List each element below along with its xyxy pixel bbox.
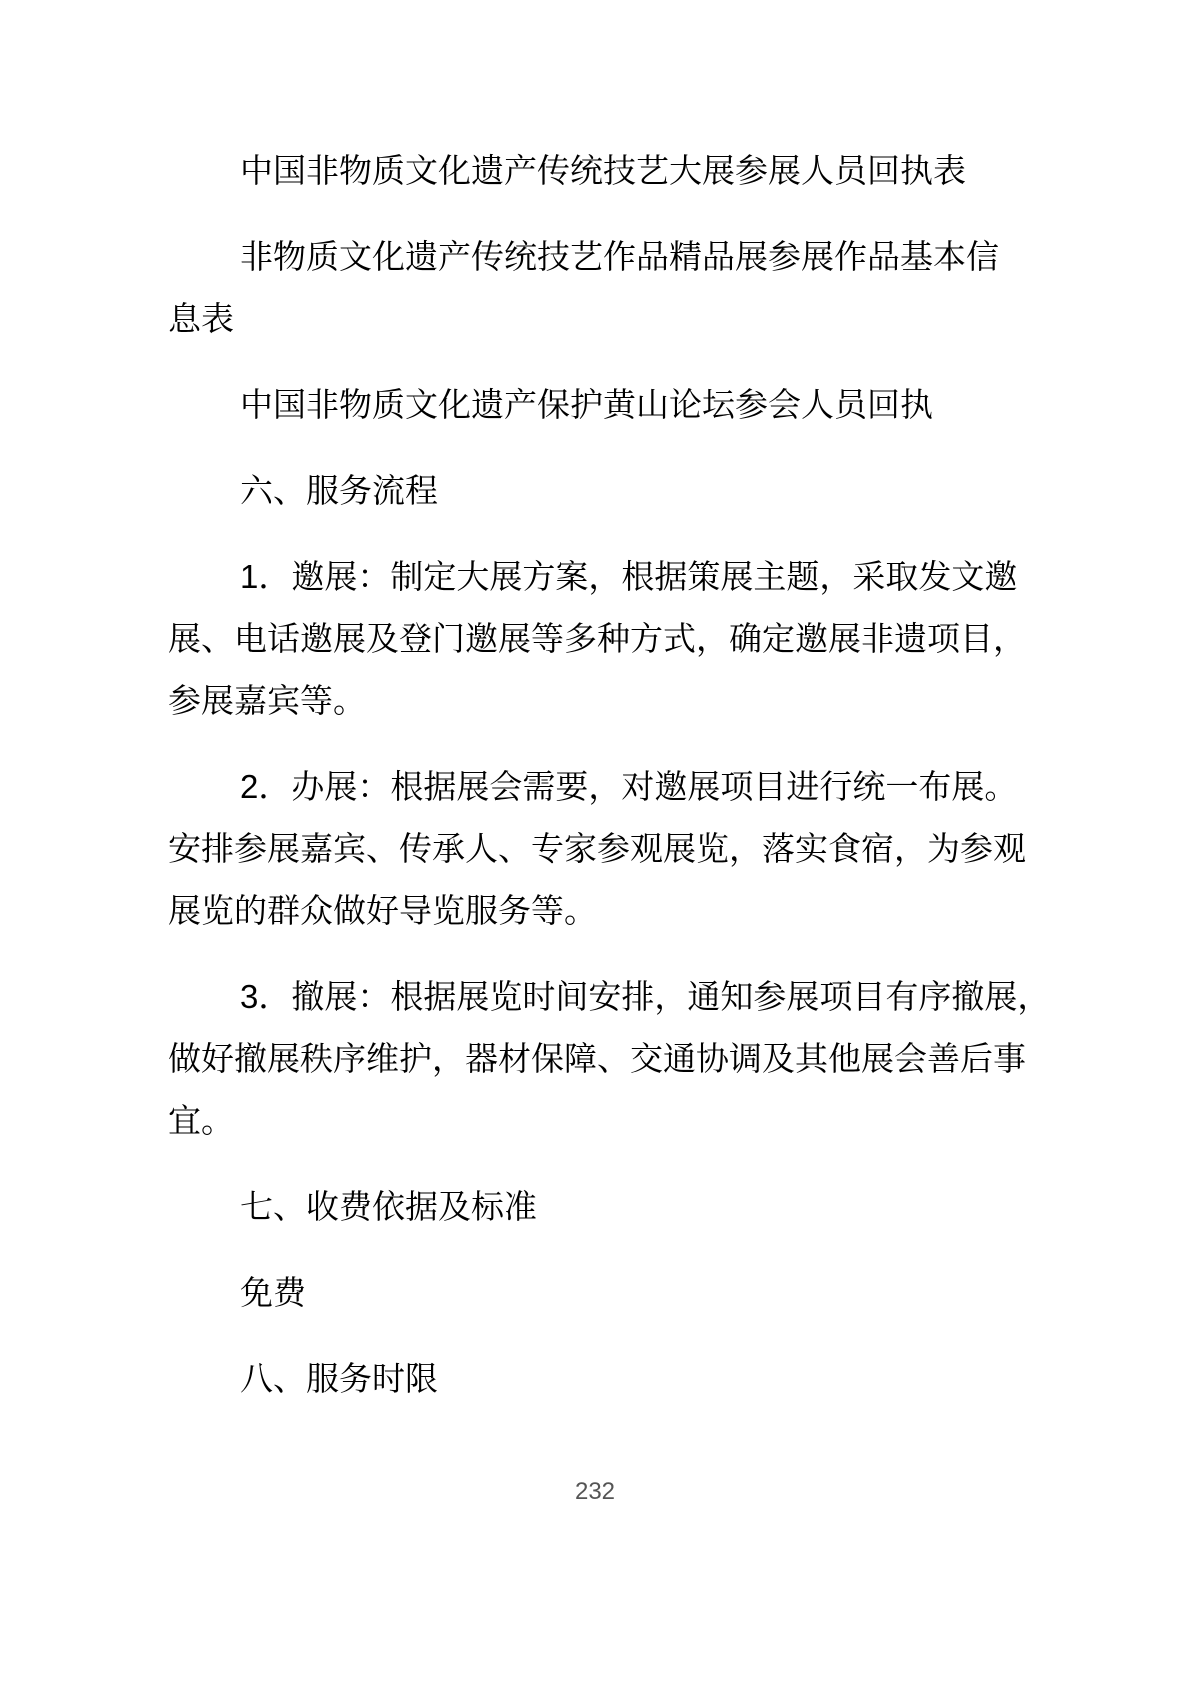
text-line: 展、电话邀展及登门邀展等多种方式，确定邀展非遗项目， bbox=[168, 608, 1022, 670]
text-line: 八、服务时限 bbox=[168, 1348, 1022, 1410]
attachment-title-huangshan-luntan: 中国非物质文化遗产保护黄山论坛参会人员回执 bbox=[168, 374, 1022, 436]
text-line: 宜。 bbox=[168, 1090, 1022, 1152]
section-7-heading: 七、收费依据及标准 bbox=[168, 1176, 1022, 1238]
attachment-title-jingpinzhan: 非物质文化遗产传统技艺作品精品展参展作品基本信息表 bbox=[168, 226, 1022, 350]
service-step-1-yaozhan: 1．邀展：制定大展方案，根据策展主题，采取发文邀展、电话邀展及登门邀展等多种方式… bbox=[168, 546, 1022, 732]
text-line: 中国非物质文化遗产保护黄山论坛参会人员回执 bbox=[168, 374, 1022, 436]
document-page: 中国非物质文化遗产传统技艺大展参展人员回执表非物质文化遗产传统技艺作品精品展参展… bbox=[0, 0, 1190, 1683]
text-line: 免费 bbox=[168, 1262, 1022, 1324]
section-6-heading: 六、服务流程 bbox=[168, 460, 1022, 522]
page-number: 232 bbox=[0, 1479, 1190, 1505]
text-line: 2．办展：根据展会需要，对邀展项目进行统一布展。 bbox=[168, 756, 1022, 818]
text-line: 非物质文化遗产传统技艺作品精品展参展作品基本信 bbox=[168, 226, 1022, 288]
fee-standard-free: 免费 bbox=[168, 1262, 1022, 1324]
text-line: 七、收费依据及标准 bbox=[168, 1176, 1022, 1238]
text-line: 做好撤展秩序维护，器材保障、交通协调及其他展会善后事 bbox=[168, 1028, 1022, 1090]
text-line: 中国非物质文化遗产传统技艺大展参展人员回执表 bbox=[168, 140, 1022, 202]
text-line: 息表 bbox=[168, 288, 1022, 350]
service-step-3-chezhan: 3．撤展：根据展览时间安排，通知参展项目有序撤展，做好撤展秩序维护，器材保障、交… bbox=[168, 966, 1022, 1152]
text-line: 3．撤展：根据展览时间安排，通知参展项目有序撤展， bbox=[168, 966, 1022, 1028]
section-8-heading: 八、服务时限 bbox=[168, 1348, 1022, 1410]
text-line: 安排参展嘉宾、传承人、专家参观展览，落实食宿，为参观 bbox=[168, 818, 1022, 880]
text-line: 展览的群众做好导览服务等。 bbox=[168, 880, 1022, 942]
text-line: 六、服务流程 bbox=[168, 460, 1022, 522]
text-line: 参展嘉宾等。 bbox=[168, 670, 1022, 732]
attachment-title-renhui-dazhan: 中国非物质文化遗产传统技艺大展参展人员回执表 bbox=[168, 140, 1022, 202]
service-step-2-banzhan: 2．办展：根据展会需要，对邀展项目进行统一布展。安排参展嘉宾、传承人、专家参观展… bbox=[168, 756, 1022, 942]
text-line: 1．邀展：制定大展方案，根据策展主题，采取发文邀 bbox=[168, 546, 1022, 608]
document-body: 中国非物质文化遗产传统技艺大展参展人员回执表非物质文化遗产传统技艺作品精品展参展… bbox=[168, 140, 1022, 1434]
